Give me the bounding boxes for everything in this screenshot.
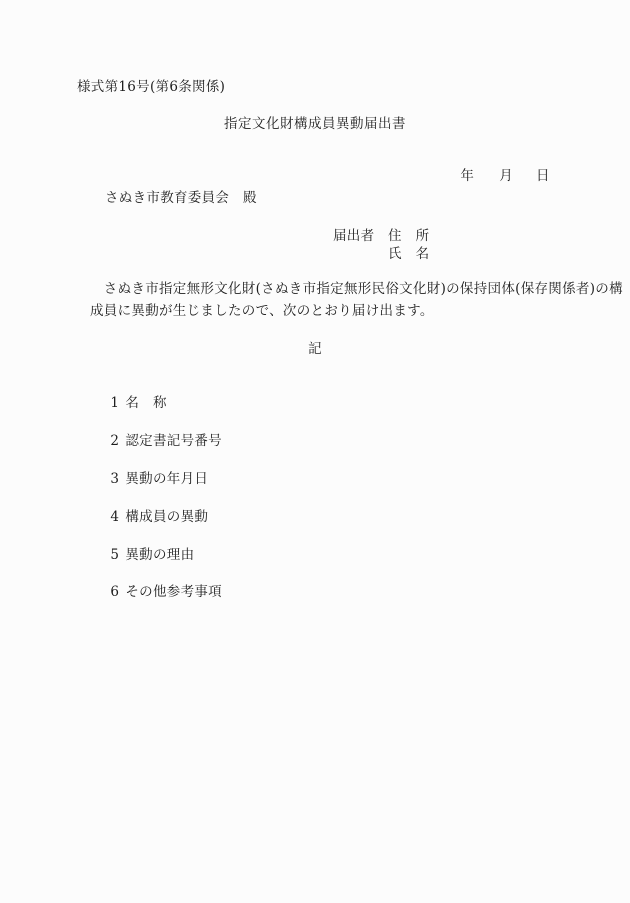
body-paragraph-line-2: 成員に異動が生じましたので、次のとおり届け出ます。 [90, 302, 434, 320]
date-day-label: 日 [536, 168, 550, 184]
list-item-number: 6 [110, 583, 125, 601]
document-title: 指定文化財構成員異動届出書 [0, 115, 630, 133]
reporter-name-label: 氏 名 [388, 245, 429, 263]
list-item: 6その他参考事項 [92, 565, 222, 619]
list-item-label: 名 称 [125, 395, 166, 411]
date-month-label: 月 [499, 168, 513, 184]
body-paragraph-line-1: さぬき市指定無形文化財(さぬき市指定無形民俗文化財)の保持団体(保存関係者)の構 [90, 280, 623, 298]
list-item-number: 3 [110, 470, 125, 488]
list-item-number: 4 [110, 508, 125, 526]
list-item-label: 構成員の異動 [125, 509, 208, 525]
document-page: 様式第16号(第6条関係) 指定文化財構成員異動届出書 年月日 さぬき市教育委員… [0, 0, 630, 903]
addressee: さぬき市教育委員会 殿 [105, 189, 257, 207]
list-item-label: その他参考事項 [125, 584, 222, 600]
reporter-address-label: 住 所 [388, 227, 429, 245]
list-item-label: 異動の年月日 [125, 471, 208, 487]
reporter-label: 届出者 [333, 227, 374, 245]
list-item-label: 異動の理由 [125, 547, 194, 563]
list-item-label: 認定書記号番号 [125, 433, 222, 449]
date-line: 年月日 [442, 149, 550, 203]
list-item-number: 2 [110, 432, 125, 450]
list-item-number: 1 [110, 394, 125, 412]
form-number: 様式第16号(第6条関係) [77, 78, 225, 96]
list-header: 記 [0, 340, 630, 358]
list-item-number: 5 [110, 546, 125, 564]
date-year-label: 年 [460, 168, 474, 184]
